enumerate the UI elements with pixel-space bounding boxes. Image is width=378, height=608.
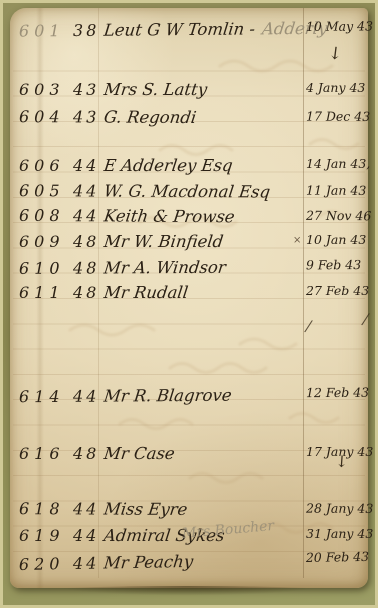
ledger-row: 60948Mr W. Binfield10 Jan 43× [10, 232, 368, 259]
model: 43 [73, 80, 99, 99]
ledger-row: 60138Leut G W Tomlin -Adderly10 May 43 - [10, 18, 368, 48]
model: 44 [73, 526, 99, 545]
ledger-row: 60343Mrs S. Latty4 Jany 43 [10, 80, 368, 107]
no: 610 [19, 259, 65, 278]
date: 17 Dec 43 [306, 109, 370, 124]
name: Mr R. Blagrove [103, 386, 233, 406]
name: Mr A. Windsor [103, 258, 227, 278]
no: 604 [19, 107, 65, 126]
model: 44 [73, 387, 99, 406]
date: 4 Jany 43 [306, 80, 365, 95]
model: 38 [73, 21, 100, 40]
ledger-row: 61648Mr Case17 Jany 43 [10, 444, 368, 471]
date: 31 Jany 43 [306, 526, 373, 541]
no: 618 [19, 499, 65, 518]
name: G. Regondi [103, 108, 198, 127]
ledger-row: 60644E Adderley Esq14 Jan 43, [10, 156, 368, 183]
ledger-row: 62044Mr Peachy20 Feb 43 [10, 549, 368, 582]
no: 606 [19, 156, 65, 175]
name: Mr Rudall [103, 283, 189, 302]
date: 20 Feb 43 [306, 549, 369, 565]
name: Mr W. Binfield [103, 232, 225, 251]
date: 10 Jan 43× [306, 232, 366, 247]
no: 620 [19, 554, 65, 574]
ledger-row: 61844Miss Eyre28 Jany 43 [10, 499, 368, 528]
model: 44 [73, 554, 100, 573]
no: 619 [19, 526, 65, 545]
model: 48 [73, 258, 99, 277]
check-mark: × [293, 235, 301, 246]
no: 608 [19, 206, 65, 225]
date: 27 Feb 43 [306, 283, 369, 298]
date: 17 Jany 43 [306, 444, 373, 459]
date: 28 Jany 43 [306, 501, 373, 516]
model: 48 [73, 444, 99, 463]
no: 609 [19, 232, 65, 251]
no: 611 [19, 283, 65, 302]
no: 603 [19, 80, 65, 99]
ledger-row: 61148Mr Rudall27 Feb 43 [10, 283, 368, 310]
no: 614 [19, 387, 65, 406]
name: Mr Case [103, 444, 176, 463]
scanned-ledger-photo: 60138Leut G W Tomlin -Adderly10 May 43 -… [0, 0, 378, 608]
name: E Adderley Esq [103, 156, 234, 175]
rows-layer: 60138Leut G W Tomlin -Adderly10 May 43 -… [10, 8, 368, 588]
date: 9 Feb 43 [306, 257, 361, 272]
ledger-row: 61048Mr A. Windsor9 Feb 43 [10, 257, 368, 286]
no: 605 [19, 181, 65, 200]
model: 48 [73, 283, 99, 302]
model: 44 [73, 499, 99, 518]
name: Mr Peachy [103, 552, 194, 573]
name: Leut G W Tomlin -Adderly [103, 19, 329, 40]
ledger-row: 60443G. Regondi17 Dec 43 [10, 107, 368, 136]
date: 27 Nov 46 [306, 208, 371, 223]
model: 43 [73, 107, 99, 126]
date: 12 Feb 43 [306, 385, 369, 400]
model: 44 [73, 206, 99, 225]
model: 44 [73, 181, 99, 200]
name: W. G. Macdonal Esq [103, 182, 272, 202]
date: 11 Jan 43 [306, 183, 366, 198]
ledger-paper: 60138Leut G W Tomlin -Adderly10 May 43 -… [10, 8, 368, 588]
name: Mrs S. Latty [103, 80, 208, 99]
model: 48 [73, 232, 99, 251]
date: 14 Jan 43, [306, 156, 370, 171]
name: Keith & Prowse [103, 206, 236, 226]
name: Miss Eyre [103, 500, 189, 519]
ledger-row: 61444Mr R. Blagrove12 Feb 43 [10, 385, 368, 414]
ledger-row: 60844Keith & Prowse27 Nov 46 [10, 206, 368, 235]
date: 10 May 43 - [306, 18, 378, 34]
model: 44 [73, 156, 99, 175]
no: 616 [19, 444, 65, 463]
no: 601 [19, 21, 65, 40]
